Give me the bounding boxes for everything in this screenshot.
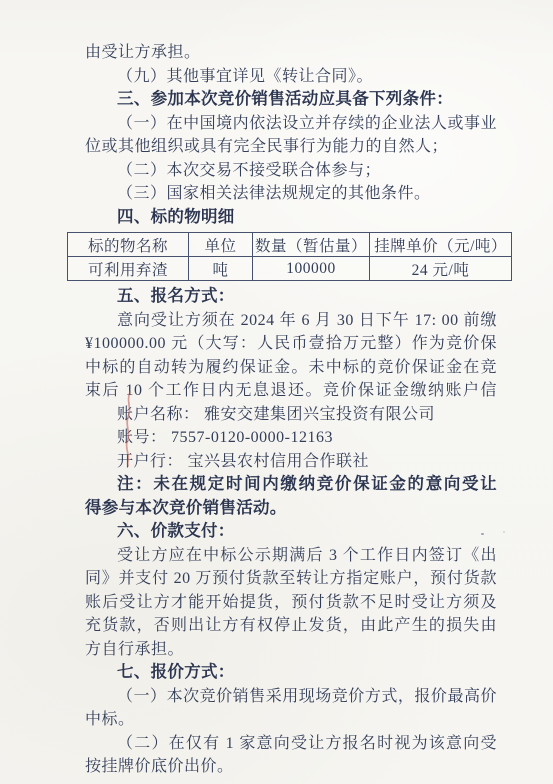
body-line: 受让方应在中标公示期满后 3 个工作日内签订《出让合 bbox=[85, 544, 497, 568]
col-header-unit: 单位 bbox=[189, 233, 253, 257]
body-line: 账后受让方才能开始提货，预付货款不足时受让方须及时补 bbox=[85, 591, 497, 615]
body-line: （二）本次交易不接受联合体参与； bbox=[85, 159, 497, 183]
account-name-line: 账户名称： 雅安交建集团兴宝投资有限公司 bbox=[85, 403, 497, 427]
body-line: 中标的自动转为履约保证金。未中标的竞价保证金在竞价结 bbox=[85, 356, 497, 380]
document-page: 由受让方承担。 （九）其他事宜详见《转让合同》。 三、参加本次竞价销售活动应具备… bbox=[0, 0, 553, 784]
scan-speck bbox=[503, 531, 505, 533]
cell-item-name: 可利用弃渣 bbox=[68, 257, 189, 281]
body-line: （三）国家相关法律法规规定的其他条件。 bbox=[85, 182, 497, 206]
section-heading-3: 三、参加本次竞价销售活动应具备下列条件： bbox=[85, 88, 497, 112]
scan-speck bbox=[481, 533, 484, 535]
items-table: 标的物名称 单位 数量（暂估量） 挂牌单价（元/吨） 可利用弃渣 吨 10000… bbox=[67, 232, 512, 281]
section-heading-5: 五、报名方式： bbox=[85, 285, 497, 309]
col-header-quantity: 数量（暂估量） bbox=[253, 233, 370, 257]
body-line: 束后 10 个工作日内无息退还。竞价保证金缴纳账户信息： bbox=[85, 379, 497, 403]
cell-unit: 吨 bbox=[189, 257, 253, 281]
body-line: （二）在仅有 1 家意向受让方报名时视为该意向受让方 bbox=[85, 732, 497, 756]
body-line: 中标。 bbox=[85, 708, 497, 732]
body-line: 同》并支付 20 万预付货款至转让方指定账户，预付货款到 bbox=[85, 567, 497, 591]
scan-speck bbox=[481, 577, 484, 579]
body-line: 方自行承担。 bbox=[85, 638, 497, 662]
account-number-line: 账号： 7557-0120-0000-12163 bbox=[85, 426, 497, 450]
note-line: 得参与本次竞价销售活动。 bbox=[85, 497, 497, 521]
body-line: （一）在中国境内依法设立并存续的企业法人或事业单 bbox=[85, 112, 497, 136]
section-heading-6: 六、价款支付： bbox=[85, 520, 497, 544]
col-header-item-name: 标的物名称 bbox=[68, 233, 189, 257]
table-header-row: 标的物名称 单位 数量（暂估量） 挂牌单价（元/吨） bbox=[68, 233, 512, 257]
cell-quantity: 100000 bbox=[253, 257, 370, 281]
table-row: 可利用弃渣 吨 100000 24 元/吨 bbox=[68, 257, 512, 281]
body-line: 由受让方承担。 bbox=[85, 41, 497, 65]
body-line: 按挂牌价底价出价。 bbox=[85, 755, 497, 779]
body-line: ¥100000.00 元（大写：人民币壹拾万元整）作为竞价保证金， bbox=[85, 332, 497, 356]
note-line: 注：未在规定时间内缴纳竞价保证金的意向受让方，不 bbox=[85, 473, 497, 497]
bank-name-line: 开户行： 宝兴县农村信用合作联社 bbox=[85, 450, 497, 474]
body-line: （九）其他事宜详见《转让合同》。 bbox=[85, 65, 497, 89]
section-heading-4: 四、标的物明细 bbox=[85, 206, 497, 230]
cell-unit-price: 24 元/吨 bbox=[370, 257, 512, 281]
body-line: （一）本次竞价销售采用现场竞价方式，报价最高价者 bbox=[85, 685, 497, 709]
body-line: 位或其他组织或具有完全民事行为能力的自然人； bbox=[85, 135, 497, 159]
section-heading-7: 七、报价方式： bbox=[85, 661, 497, 685]
body-line: 充货款，否则出让方有权停止发货，由此产生的损失由受让 bbox=[85, 614, 497, 638]
body-line: 意向受让方须在 2024 年 6 月 30 日下午 17: 00 前缴纳 bbox=[85, 309, 497, 333]
col-header-unit-price: 挂牌单价（元/吨） bbox=[370, 233, 512, 257]
